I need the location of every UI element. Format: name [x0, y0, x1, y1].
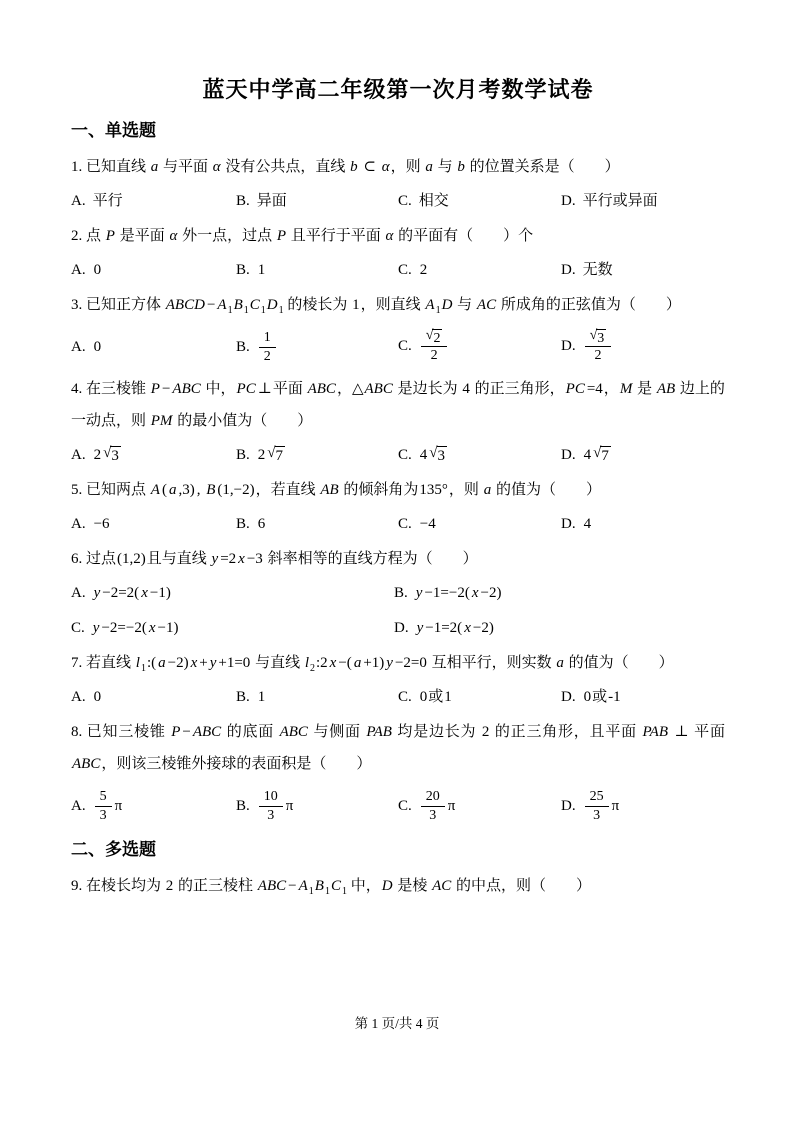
question-3-option-d: D.√32: [561, 329, 725, 365]
page-title: 蓝天中学高二年级第一次月考数学试卷: [71, 75, 725, 105]
question-4-option-c: C.4√3: [398, 445, 561, 466]
question-1-options: A.平行B.异面C.相交D.平行或异面: [71, 191, 725, 212]
question-5-option-b: B.6: [236, 514, 398, 535]
exam-page: 蓝天中学高二年级第一次月考数学试卷 一、单选题1. 已知直线 a 与平面 α 没…: [0, 0, 794, 1123]
question-8: 8. 已知三棱锥 P−ABC 的底面 ABC 与侧面 PAB 均是边长为 2 的…: [71, 716, 725, 824]
question-7: 7. 若直线 l1:(a−2)x+y+1=0 与直线 l2:2x−(a+1)y−…: [71, 647, 725, 708]
question-5: 5. 已知两点 A(a,3), B(1,−2)，若直线 AB 的倾斜角为135°…: [71, 474, 725, 535]
question-2-stem: 2. 点 P 是平面 α 外一点，过点 P 且平行于平面 α 的平面有（ ）个: [71, 220, 725, 252]
question-3-option-a: A.0: [71, 337, 236, 358]
question-6-options: A.y−2=2(x−1)B.y−1=−2(x−2)C.y−2=−2(x−1)D.…: [71, 583, 725, 639]
question-6-stem: 6. 过点(1,2)且与直线 y=2x−3 斜率相等的直线方程为（ ）: [71, 543, 725, 575]
fraction: 203: [421, 788, 445, 824]
question-7-stem: 7. 若直线 l1:(a−2)x+y+1=0 与直线 l2:2x−(a+1)y−…: [71, 647, 725, 679]
question-3-option-c: C.√22: [398, 329, 561, 365]
question-1-option-d: D.平行或异面: [561, 191, 725, 212]
question-8-options: A.53πB.103πC.203πD.253π: [71, 788, 725, 824]
question-1: 1. 已知直线 a 与平面 α 没有公共点，直线 b ⊂ α，则 a 与 b 的…: [71, 151, 725, 212]
question-8-option-d: D.253π: [561, 788, 725, 824]
question-1-option-c: C.相交: [398, 191, 561, 212]
question-1-stem: 1. 已知直线 a 与平面 α 没有公共点，直线 b ⊂ α，则 a 与 b 的…: [71, 151, 725, 183]
question-2-option-d: D.无数: [561, 260, 725, 281]
question-7-option-c: C.0 或 1: [398, 687, 561, 708]
fraction: 103: [259, 788, 283, 824]
question-6-option-b: B.y−1=−2(x−2): [394, 583, 725, 604]
sqrt-radical: √3: [429, 446, 447, 465]
question-4-option-b: B.2√7: [236, 445, 398, 466]
questions-container: 一、单选题1. 已知直线 a 与平面 α 没有公共点，直线 b ⊂ α，则 a …: [71, 119, 725, 902]
question-8-option-b: B.103π: [236, 788, 398, 824]
question-4-option-d: D.4√7: [561, 445, 725, 466]
question-6-option-d: D.y−1=2(x−2): [394, 618, 725, 639]
question-4-options: A.2√3B.2√7C.4√3D.4√7: [71, 445, 725, 466]
question-6: 6. 过点(1,2)且与直线 y=2x−3 斜率相等的直线方程为（ ）A.y−2…: [71, 543, 725, 639]
sqrt-radical: √7: [593, 446, 611, 465]
question-7-option-b: B.1: [236, 687, 398, 708]
question-7-option-a: A.0: [71, 687, 236, 708]
question-6-option-a: A.y−2=2(x−1): [71, 583, 394, 604]
question-5-options: A.−6B.6C.−4D.4: [71, 514, 725, 535]
question-2-options: A.0B.1C.2D.无数: [71, 260, 725, 281]
question-2: 2. 点 P 是平面 α 外一点，过点 P 且平行于平面 α 的平面有（ ）个A…: [71, 220, 725, 281]
question-5-option-c: C.−4: [398, 514, 561, 535]
question-8-option-c: C.203π: [398, 788, 561, 824]
fraction: √22: [421, 329, 448, 365]
page-footer: 第 1 页/共 4 页: [0, 1012, 794, 1032]
question-3-stem: 3. 已知正方体 ABCD−A1B1C1D1 的棱长为 1，则直线 A1D 与 …: [71, 289, 725, 321]
sqrt-radical: √3: [103, 446, 121, 465]
section-heading-1: 一、单选题: [71, 119, 725, 143]
question-4-stem: 4. 在三棱锥 P−ABC 中，PC⊥平面 ABC，△ABC 是边长为 4 的正…: [71, 373, 725, 437]
question-8-option-a: A.53π: [71, 788, 236, 824]
question-3: 3. 已知正方体 ABCD−A1B1C1D1 的棱长为 1，则直线 A1D 与 …: [71, 289, 725, 365]
question-2-option-a: A.0: [71, 260, 236, 281]
sqrt-radical: √3: [590, 329, 607, 346]
question-1-option-a: A.平行: [71, 191, 236, 212]
fraction: 12: [259, 329, 276, 365]
question-4-option-a: A.2√3: [71, 445, 236, 466]
fraction: √32: [585, 329, 612, 365]
question-2-option-c: C.2: [398, 260, 561, 281]
question-8-stem: 8. 已知三棱锥 P−ABC 的底面 ABC 与侧面 PAB 均是边长为 2 的…: [71, 716, 725, 780]
question-4: 4. 在三棱锥 P−ABC 中，PC⊥平面 ABC，△ABC 是边长为 4 的正…: [71, 373, 725, 466]
section-heading-2: 二、多选题: [71, 838, 725, 862]
question-3-options: A.0B.12C.√22D.√32: [71, 329, 725, 365]
question-9: 9. 在棱长均为 2 的正三棱柱 ABC−A1B1C1 中，D 是棱 AC 的中…: [71, 870, 725, 902]
question-7-option-d: D.0 或-1: [561, 687, 725, 708]
question-2-option-b: B.1: [236, 260, 398, 281]
question-3-option-b: B.12: [236, 329, 398, 365]
question-5-stem: 5. 已知两点 A(a,3), B(1,−2)，若直线 AB 的倾斜角为135°…: [71, 474, 725, 506]
fraction: 53: [95, 788, 112, 824]
question-1-option-b: B.异面: [236, 191, 398, 212]
question-5-option-d: D.4: [561, 514, 725, 535]
question-7-options: A.0B.1C.0 或 1D.0 或-1: [71, 687, 725, 708]
sqrt-radical: √7: [267, 446, 285, 465]
fraction: 253: [585, 788, 609, 824]
question-5-option-a: A.−6: [71, 514, 236, 535]
sqrt-radical: √2: [426, 329, 443, 346]
question-9-stem: 9. 在棱长均为 2 的正三棱柱 ABC−A1B1C1 中，D 是棱 AC 的中…: [71, 870, 725, 902]
question-6-option-c: C.y−2=−2(x−1): [71, 618, 394, 639]
